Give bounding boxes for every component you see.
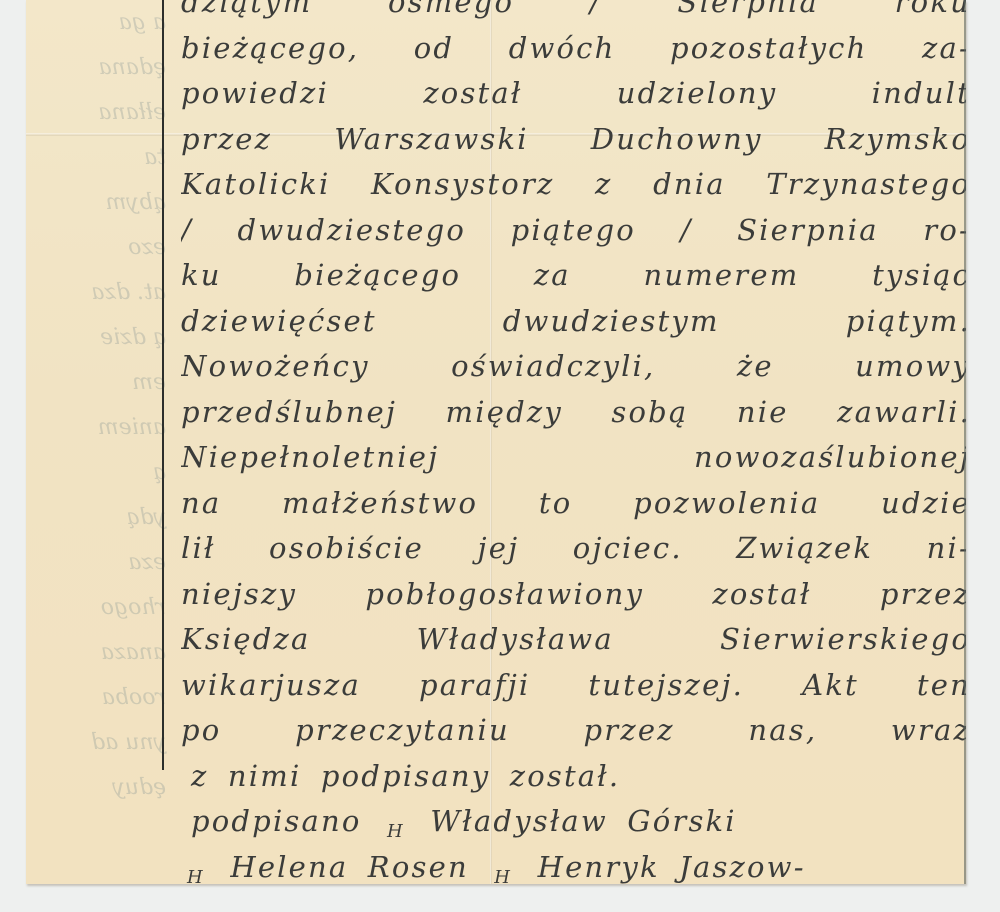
signer-name: Władysław Górski [430,804,736,838]
document-scan: a ga ędana ełłana ta ąbym ezo at. dza ą … [0,0,1000,912]
signature-line-1: podpisano H Władysław Górski [181,799,966,845]
signature-mark: H [494,867,512,885]
bleed-line: ędana [66,45,166,90]
bleed-through-text: a ga ędana ełłana ta ąbym ezo at. dza ą … [66,0,166,800]
signed-label: podpisano [191,804,362,838]
signature-line-2: H Helena Rosen H Henryk Jaszow- [181,845,966,885]
text-line: Niepełnoletniej nowozaślubionej [181,435,966,481]
bleed-line: ą [66,450,166,495]
bleed-line: ynu ad [66,720,166,765]
bleed-line: at. dza [66,270,166,315]
bleed-line: eza [66,540,166,585]
bleed-line: ą dzie [66,315,166,360]
bleed-line: ęduy [66,765,166,810]
bleed-line: ełłana [66,90,166,135]
text-line: po przeczytaniu przez nas, wraz [181,708,966,754]
signature-mark: H [387,821,405,842]
bleed-line: ta [66,135,166,180]
bleed-line: a ga [66,0,166,45]
bleed-line: rhogo [66,585,166,630]
text-line: powiedzi został udzielony indult [181,71,966,117]
bleed-line: ydą [66,495,166,540]
text-line: bieżącego, od dwóch pozostałych za- [181,26,966,72]
text-line: lił osobiście jej ojciec. Związek ni- [181,526,966,572]
bleed-line: ezo [66,225,166,270]
bleed-line: aniem [66,405,166,450]
signer-name: Helena Rosen [230,850,469,884]
signature-mark: H [187,867,205,885]
signer-name: Henryk Jaszow- [538,850,806,884]
text-line: ku bieżącego za numerem tysiąc [181,253,966,299]
bleed-line: ąbym [66,180,166,225]
text-line: przez Warszawski Duchowny Rzymsko [181,117,966,163]
text-line: dziątym ósmego / Sierpnia roku [181,0,966,26]
text-line: z nimi podpisany został. [181,754,966,800]
text-line: Księdza Władysława Sierwierskiego [181,617,966,663]
bleed-line: anaza [66,630,166,675]
text-line: Katolicki Konsystorz z dnia Trzynastego [181,162,966,208]
margin-rule [162,0,164,770]
text-line: Nowożeńcy oświadczyli, że umowy [181,344,966,390]
text-line: dziewięćset dwudziestym piątym. [181,299,966,345]
paper-sheet: a ga ędana ełłana ta ąbym ezo at. dza ą … [26,0,966,884]
text-line: wikarjusza parafji tutejszej. Akt ten [181,663,966,709]
text-line: przedślubnej między sobą nie zawarli. [181,390,966,436]
bleed-line: em [66,360,166,405]
text-line: na małżeństwo to pozwolenia udzie [181,481,966,527]
handwritten-body: dziątym ósmego / Sierpnia roku bieżącego… [181,0,966,884]
text-line: / dwudziestego piątego / Sierpnia ro- [181,208,966,254]
bleed-line: rooba [66,675,166,720]
text-line: niejszy pobłogosławiony został przez [181,572,966,618]
